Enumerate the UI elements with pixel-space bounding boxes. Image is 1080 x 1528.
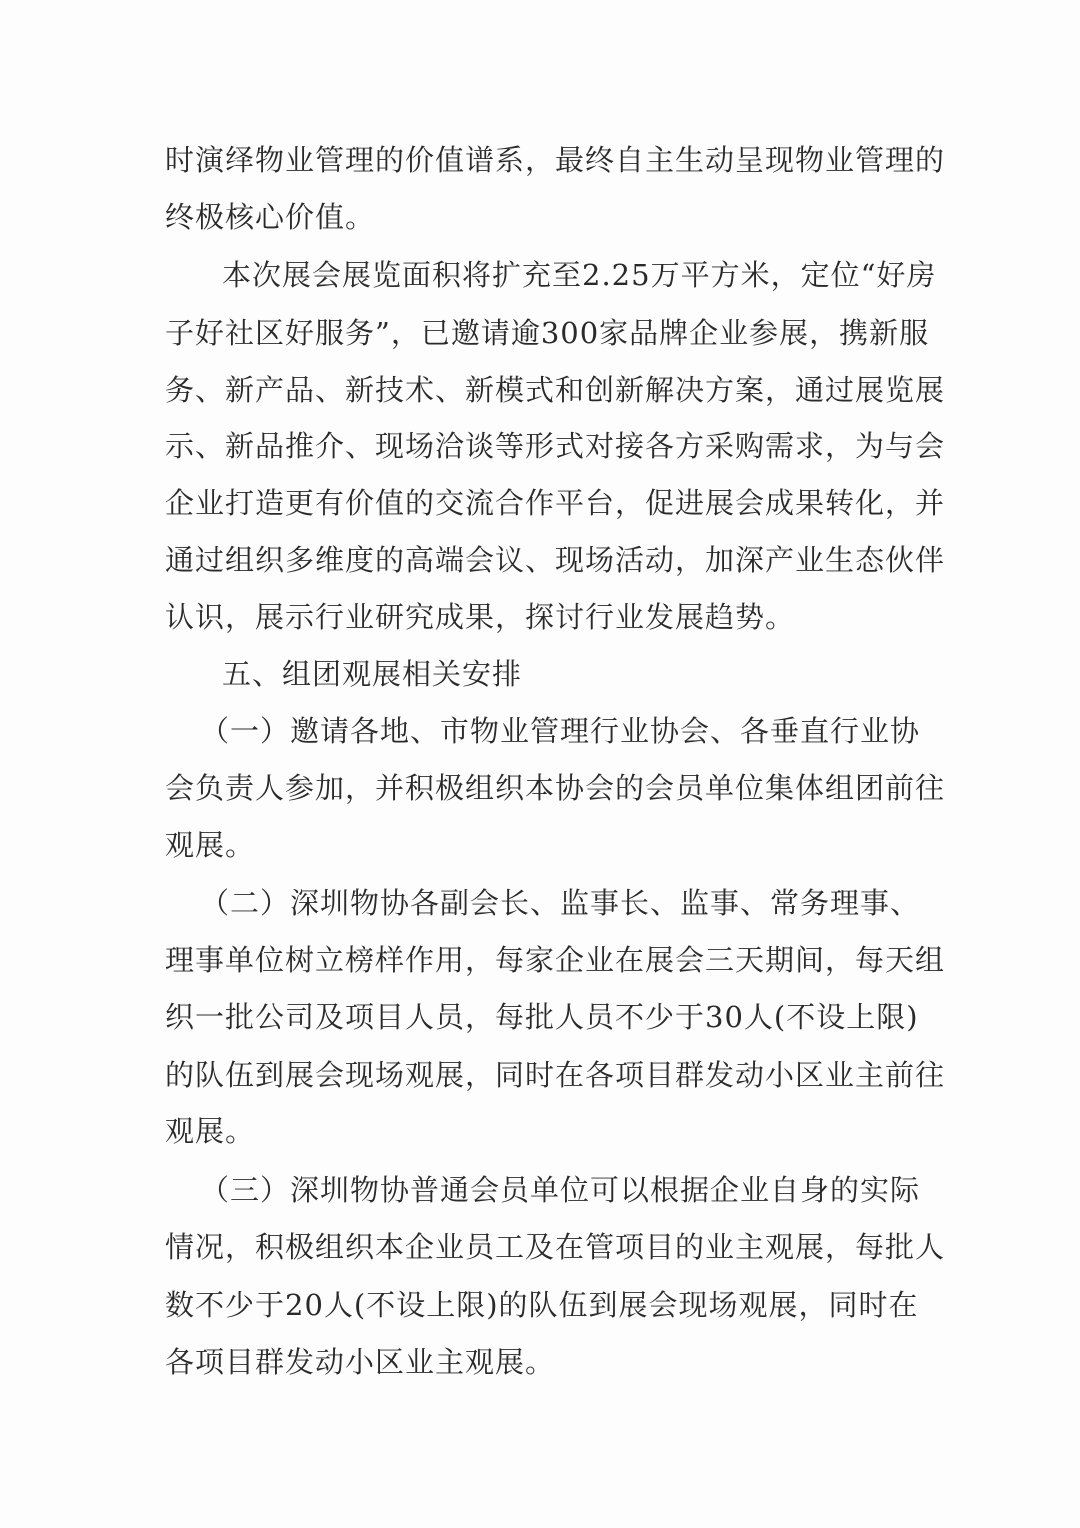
- paragraph-line: 本次展会展览面积将扩充至2.25万平方米，定位“好房: [222, 255, 917, 295]
- paragraph-line: 时演绎物业管理的价值谱系，最终自主生动呈现物业管理的: [165, 140, 917, 180]
- paragraph-line: 情况，积极组织本企业员工及在管项目的业主观展，每批人: [165, 1227, 917, 1267]
- paragraph-line: 数不少于20人(不设上限)的队伍到展会现场观展，同时在: [165, 1285, 917, 1325]
- paragraph-line: 观展。: [165, 1111, 917, 1151]
- paragraph-line: 认识，展示行业研究成果，探讨行业发展趋势。: [165, 597, 917, 637]
- paragraph-line: 会负责人参加，并积极组织本协会的会员单位集体组团前往: [165, 768, 917, 808]
- paragraph-line: 理事单位树立榜样作用，每家企业在展会三天期间，每天组: [165, 940, 917, 980]
- paragraph-line: （一）邀请各地、市物业管理行业协会、各垂直行业协: [200, 711, 917, 751]
- paragraph-line: （三）深圳物协普通会员单位可以根据企业自身的实际: [200, 1170, 917, 1210]
- paragraph-line: 子好社区好服务”，已邀请逾300家品牌企业参展，携新服: [165, 313, 917, 353]
- section-heading: 五、组团观展相关安排: [222, 654, 917, 694]
- paragraph-line: 织一批公司及项目人员，每批人员不少于30人(不设上限): [165, 997, 917, 1037]
- paragraph-line: 各项目群发动小区业主观展。: [165, 1342, 917, 1382]
- paragraph-line: 终极核心价值。: [165, 197, 917, 237]
- paragraph-line: 观展。: [165, 825, 917, 865]
- document-page: 时演绎物业管理的价值谱系，最终自主生动呈现物业管理的 终极核心价值。 本次展会展…: [0, 0, 1080, 1528]
- paragraph-line: 的队伍到展会现场观展，同时在各项目群发动小区业主前往: [165, 1055, 917, 1095]
- paragraph-line: 务、新产品、新技术、新模式和创新解决方案，通过展览展: [165, 370, 917, 410]
- paragraph-line: （二）深圳物协各副会长、监事长、监事、常务理事、: [200, 883, 917, 923]
- paragraph-line: 通过组织多维度的高端会议、现场活动，加深产业生态伙伴: [165, 540, 917, 580]
- paragraph-line: 示、新品推介、现场洽谈等形式对接各方采购需求，为与会: [165, 426, 917, 466]
- paragraph-line: 企业打造更有价值的交流合作平台，促进展会成果转化，并: [165, 483, 917, 523]
